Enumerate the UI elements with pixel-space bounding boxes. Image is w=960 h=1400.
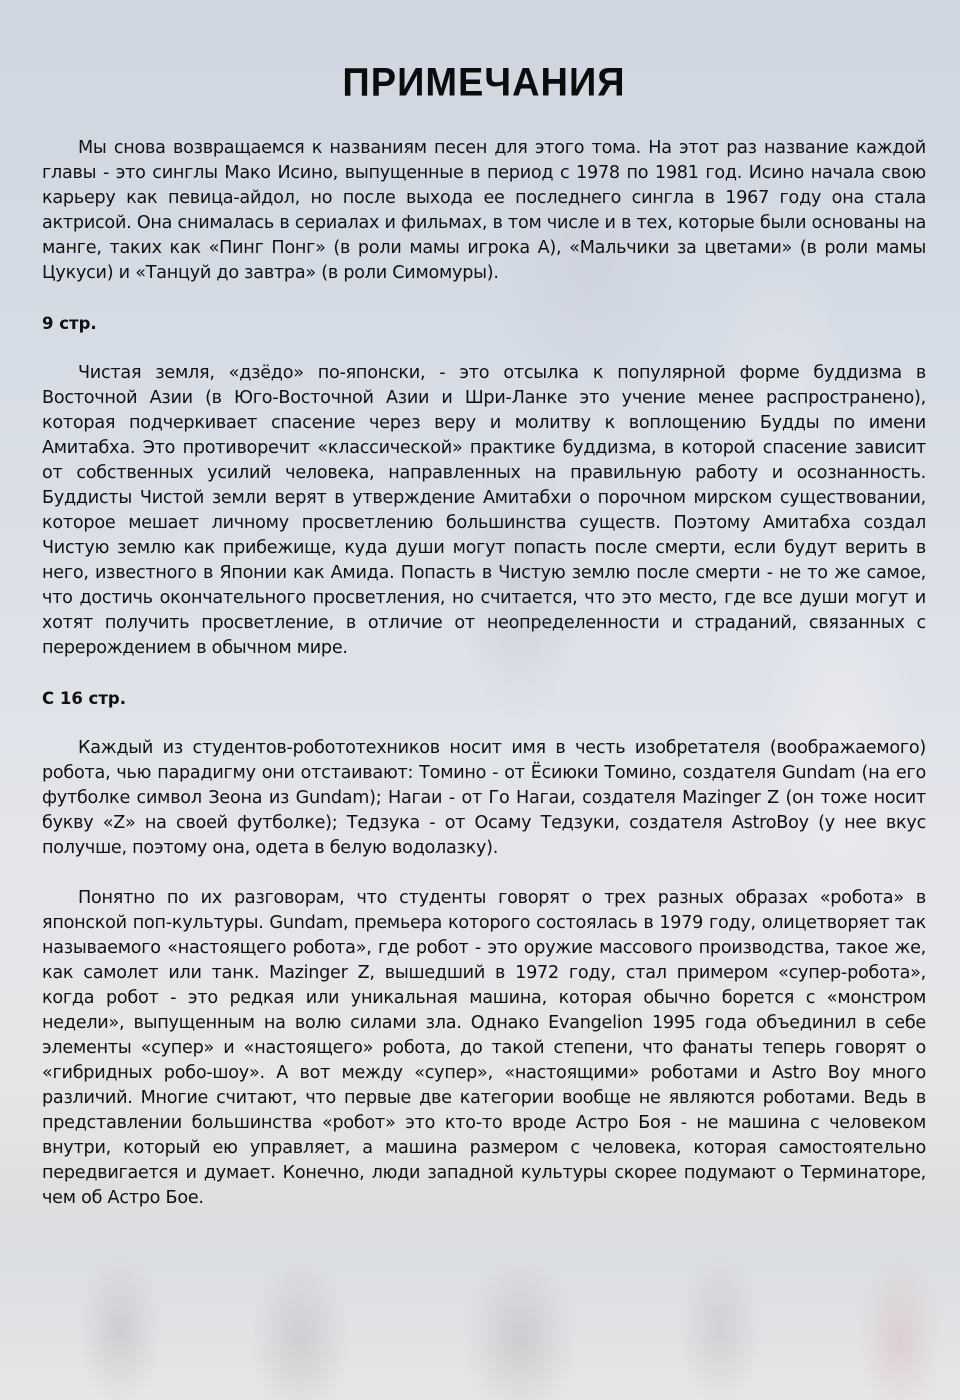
section-heading-page-16: С 16 стр. xyxy=(42,686,926,711)
page-title: ПРИМЕЧАНИЯ xyxy=(42,61,926,106)
notes-page: ПРИМЕЧАНИЯ Мы снова возвращаемся к назва… xyxy=(42,62,926,1211)
intro-paragraph: Мы снова возвращаемся к названиям песен … xyxy=(42,136,926,286)
section-paragraph: Чистая земля, «дзёдо» по-японски, - это … xyxy=(42,361,926,661)
section-heading-page-9: 9 стр. xyxy=(42,311,926,336)
section-paragraph: Понятно по их разговорам, что студенты г… xyxy=(42,886,926,1211)
section-paragraph: Каждый из студентов-робототехников носит… xyxy=(42,736,926,861)
